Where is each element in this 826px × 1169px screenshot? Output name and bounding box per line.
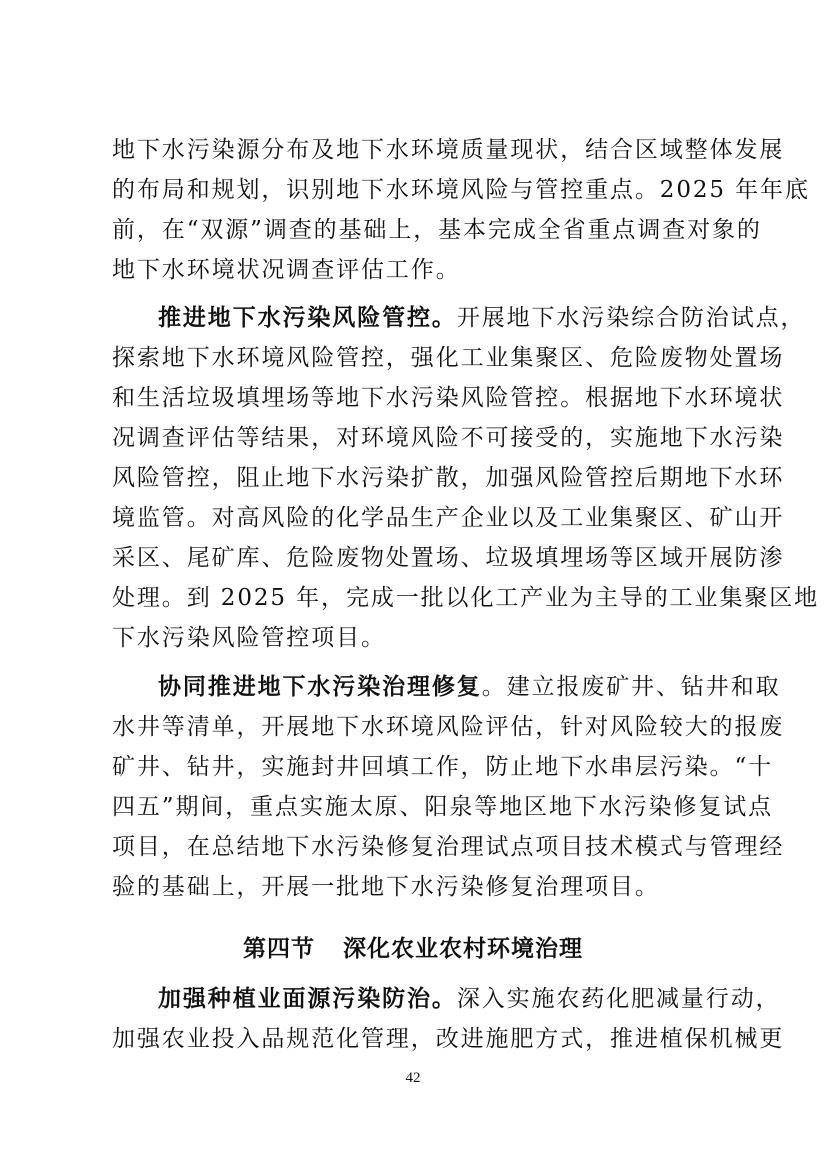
paragraph-lead-heading: 加强种植业面源污染防治。 xyxy=(158,986,457,1012)
text-line: 采区、尾矿库、危险废物处置场、垃圾填埋场等区域开展防渗 xyxy=(112,543,716,573)
text-line: 下水污染风险管控项目。 xyxy=(112,623,716,653)
paragraph-lead-heading: 协同推进地下水污染治理修复 xyxy=(158,674,482,700)
text-line: 地下水污染源分布及地下水环境质量现状，结合区域整体发展 xyxy=(112,135,716,165)
text-line: 风险管控，阻止地下水污染扩散，加强风险管控后期地下水环 xyxy=(112,463,716,493)
paragraph-first-line: 协同推进地下水污染治理修复。建立报废矿井、钻井和取 xyxy=(158,672,716,702)
text-span: 开展地下水污染综合防治试点， xyxy=(457,305,806,331)
text-line: 处理。到 2025 年，完成一批以化工产业为主导的工业集聚区地 xyxy=(112,583,716,613)
text-line: 况调查评估等结果，对环境风险不可接受的，实施地下水污染 xyxy=(112,423,716,453)
text-line: 和生活垃圾填埋场等地下水污染风险管控。根据地下水环境状 xyxy=(112,383,716,413)
text-line: 水井等清单，开展地下水环境风险评估，针对风险较大的报废 xyxy=(112,712,716,742)
paragraph-lead-heading: 推进地下水污染风险管控。 xyxy=(158,305,457,331)
paragraph-first-line: 推进地下水污染风险管控。开展地下水污染综合防治试点， xyxy=(158,303,716,333)
text-line: 矿井、钻井，实施封井回填工作，防止地下水串层污染。“十 xyxy=(112,752,716,782)
text-line: 前，在“双源”调查的基础上，基本完成全省重点调查对象的 xyxy=(112,215,716,245)
text-line: 项目，在总结地下水污染修复治理试点项目技术模式与管理经 xyxy=(112,832,716,862)
text-line: 加强农业投入品规范化管理，改进施肥方式，推进植保机械更 xyxy=(112,1024,716,1054)
text-line: 验的基础上，开展一批地下水污染修复治理项目。 xyxy=(112,872,716,902)
text-line: 四五”期间，重点实施太原、阳泉等地区地下水污染修复试点 xyxy=(112,792,716,822)
section-number: 第四节 xyxy=(243,936,315,962)
document-page: 地下水污染源分布及地下水环境质量现状，结合区域整体发展 的布局和规划，识别地下水… xyxy=(0,0,826,1169)
text-span: 深入实施农药化肥减量行动， xyxy=(457,986,781,1012)
text-line: 的布局和规划，识别地下水环境风险与管控重点。2025 年年底 xyxy=(112,175,716,205)
text-line: 地下水环境状况调查评估工作。 xyxy=(112,255,716,285)
page-number: 42 xyxy=(0,1070,826,1087)
text-span: 。建立报废矿井、钻井和取 xyxy=(482,674,781,700)
text-line: 境监管。对高风险的化学品生产企业以及工业集聚区、矿山开 xyxy=(112,503,716,533)
section-title: 深化农业农村环境治理 xyxy=(343,936,583,962)
paragraph-first-line: 加强种植业面源污染防治。深入实施农药化肥减量行动， xyxy=(158,984,716,1014)
text-line: 探索地下水环境风险管控，强化工业集聚区、危险废物处置场 xyxy=(112,343,716,373)
section-heading: 第四节深化农业农村环境治理 xyxy=(0,934,826,964)
